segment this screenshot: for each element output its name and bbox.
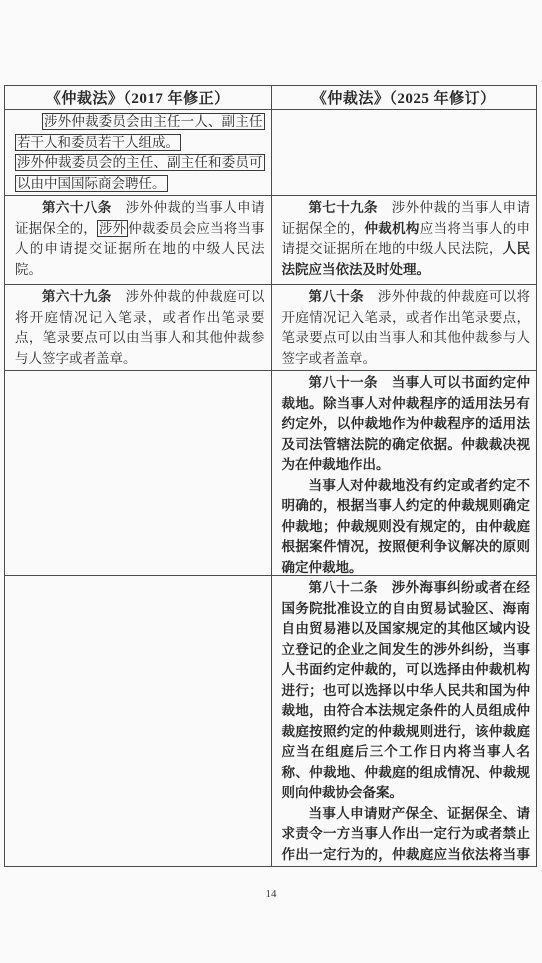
added-text-run: 第八十一条 当事人可以书面约定仲裁地。除当事人对仲裁程序的适用法另有约定外，以仲… — [282, 375, 531, 472]
table-row-article-68-79: 第六十八条 涉外仲裁的当事人申请证据保全的，涉外仲裁委员会应当将当事人的申请提交… — [5, 195, 536, 284]
header-title-2025: 《仲裁法》（2025 年修订） — [312, 87, 496, 108]
paragraph: 第七十九条 涉外仲裁的当事人申请证据保全的，仲裁机构应当将当事人的申请提交证据所… — [282, 198, 531, 280]
paragraph: 第六十九条 涉外仲裁的仲裁庭可以将开庭情况记入笔录，或者作出笔录要点，笔录要点可… — [15, 287, 265, 369]
paragraph: 涉外仲裁委员会由主任一人、副主任若干人和委员若干人组成。 — [15, 112, 265, 153]
article-number: 第六十八条 — [42, 200, 112, 215]
paragraph: 当事人申请财产保全、证据保全、请求责令一方当事人作出一定行为或者禁止作出一定行为… — [282, 804, 531, 867]
article-number: 第七十九条 — [309, 200, 378, 215]
cell-2025-article-82: 第八十二条 涉外海事纠纷或者在经国务院批准设立的自由贸易试验区、海南自由贸易港以… — [271, 576, 537, 866]
page-number: 14 — [0, 888, 542, 900]
deleted-text-run: 涉外仲裁委员会由主任一人、副主任若干人和委员若干人组成。 — [15, 113, 265, 151]
deleted-text-run: 涉外 — [97, 220, 128, 237]
paragraph: 涉外仲裁委员会的主任、副主任和委员可以由中国国际商会聘任。 — [15, 153, 265, 194]
cell-2025-article-81: 第八十一条 当事人可以书面约定仲裁地。除当事人对仲裁程序的适用法另有约定外，以仲… — [271, 371, 537, 575]
header-title-2017: 《仲裁法》（2017 年修正） — [46, 87, 230, 108]
added-text-run: 仲裁机构 — [364, 221, 419, 236]
header-cell-2025: 《仲裁法》（2025 年修订） — [271, 86, 537, 109]
header-cell-2017: 《仲裁法》（2017 年修正） — [5, 86, 271, 109]
added-text-run: 当事人对仲裁地没有约定或者约定不明确的，根据当事人约定的仲裁规则确定仲裁地；仲裁… — [282, 478, 531, 575]
cell-2025-article-80: 第八十条 涉外仲裁的仲裁庭可以将开庭情况记入笔录，或者作出笔录要点，笔录要点可以… — [271, 285, 537, 370]
paragraph: 第八十二条 涉外海事纠纷或者在经国务院批准设立的自由贸易试验区、海南自由贸易港以… — [282, 578, 531, 804]
cell-2017-empty — [5, 371, 271, 575]
added-text-run: 第八十二条 涉外海事纠纷或者在经国务院批准设立的自由贸易试验区、海南自由贸易港以… — [282, 580, 531, 800]
paragraph: 第六十八条 涉外仲裁的当事人申请证据保全的，涉外仲裁委员会应当将当事人的申请提交… — [15, 198, 265, 280]
table-row-deleted-provisions: 涉外仲裁委员会由主任一人、副主任若干人和委员若干人组成。 涉外仲裁委员会的主任、… — [5, 109, 536, 195]
law-comparison-table: 《仲裁法》（2017 年修正） 《仲裁法》（2025 年修订） 涉外仲裁委员会由… — [4, 85, 537, 867]
cell-2025-article-79: 第七十九条 涉外仲裁的当事人申请证据保全的，仲裁机构应当将当事人的申请提交证据所… — [271, 196, 537, 284]
table-row-article-82: 第八十二条 涉外海事纠纷或者在经国务院批准设立的自由贸易试验区、海南自由贸易港以… — [5, 575, 536, 866]
table-header-row: 《仲裁法》（2017 年修正） 《仲裁法》（2025 年修订） — [5, 86, 536, 109]
paragraph: 第八十一条 当事人可以书面约定仲裁地。除当事人对仲裁程序的适用法另有约定外，以仲… — [282, 373, 531, 476]
table-row-article-81: 第八十一条 当事人可以书面约定仲裁地。除当事人对仲裁程序的适用法另有约定外，以仲… — [5, 370, 536, 575]
cell-2017-empty — [5, 576, 271, 866]
cell-2017-article-68: 第六十八条 涉外仲裁的当事人申请证据保全的，涉外仲裁委员会应当将当事人的申请提交… — [5, 196, 271, 284]
paragraph: 第八十条 涉外仲裁的仲裁庭可以将开庭情况记入笔录，或者作出笔录要点，笔录要点可以… — [282, 287, 531, 369]
table-row-article-69-80: 第六十九条 涉外仲裁的仲裁庭可以将开庭情况记入笔录，或者作出笔录要点，笔录要点可… — [5, 284, 536, 370]
deleted-text-run: 涉外仲裁委员会的主任、副主任和委员可以由中国国际商会聘任。 — [15, 154, 265, 192]
article-number: 第六十九条 — [42, 289, 112, 304]
paragraph: 当事人对仲裁地没有约定或者约定不明确的，根据当事人约定的仲裁规则确定仲裁地；仲裁… — [282, 476, 531, 576]
added-text-run: 当事人申请财产保全、证据保全、请求责令一方当事人作出一定行为或者禁止作出一定行为… — [282, 806, 531, 867]
article-number: 第八十条 — [309, 289, 364, 304]
document-page: 《仲裁法》（2017 年修正） 《仲裁法》（2025 年修订） 涉外仲裁委员会由… — [0, 0, 542, 963]
cell-2025-empty — [271, 110, 537, 195]
cell-2017-article-69: 第六十九条 涉外仲裁的仲裁庭可以将开庭情况记入笔录，或者作出笔录要点，笔录要点可… — [5, 285, 271, 370]
cell-2017-deleted-provisions: 涉外仲裁委员会由主任一人、副主任若干人和委员若干人组成。 涉外仲裁委员会的主任、… — [5, 110, 271, 195]
